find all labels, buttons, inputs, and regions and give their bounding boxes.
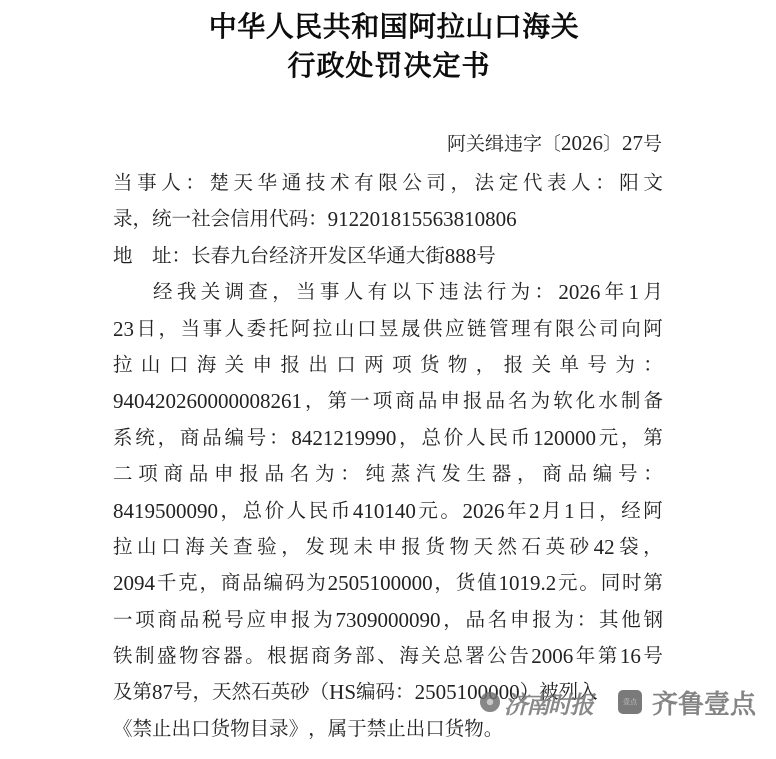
- doc-number-suffix: 号: [643, 133, 662, 155]
- body-line: 2094千克，商品编码为2505100000，货值1019.2元。同时第: [113, 565, 663, 601]
- doc-number-prefix: 阿关缉违字〔: [447, 133, 561, 155]
- body-line: 录，统一社会信用代码：912201815563810806: [113, 201, 663, 237]
- body-line: 二项商品申报品名为：纯蒸汽发生器，商品编号：: [113, 456, 663, 492]
- body-line: 系统，商品编号：8421219990，总价人民币120000元，第: [113, 420, 663, 456]
- body-line: 地 址：长春九台经济开发区华通大街888号: [113, 238, 663, 274]
- doc-number-no: 27: [622, 131, 643, 155]
- doc-number-year: 2026: [561, 131, 603, 155]
- page-title-line-1: 中华人民共和国阿拉山口海关: [0, 8, 776, 46]
- document-body: 当事人：楚天华通技术有限公司，法定代表人：阳文 录，统一社会信用代码：91220…: [113, 165, 663, 747]
- page-title-line-2: 行政处罚决定书: [0, 47, 776, 85]
- body-line: 及第87号，天然石英砂（HS编码：2505100000）被列入: [113, 674, 663, 710]
- body-line: 8419500090，总价人民币410140元。2026年2月1日，经阿: [113, 493, 663, 529]
- body-line: 经我关调查，当事人有以下违法行为：2026年1月: [113, 274, 663, 310]
- body-line: 940420260000008261，第一项商品申报品名为软化水制备: [113, 383, 663, 419]
- body-line: 拉山口海关申报出口两项货物，报关单号为：: [113, 347, 663, 383]
- doc-number-mid: 〕: [603, 133, 622, 155]
- body-line: 23日，当事人委托阿拉山口昱晟供应链管理有限公司向阿: [113, 311, 663, 347]
- watermark-brand: 齐鲁壹点: [652, 684, 756, 721]
- body-line: 拉山口海关查验，发现未申报货物天然石英砂42袋，: [113, 529, 663, 565]
- body-line: 当事人：楚天华通技术有限公司，法定代表人：阳文: [113, 165, 663, 201]
- body-line: 铁制盛物容器。根据商务部、海关总署公告2006年第16号: [113, 638, 663, 674]
- document-number: 阿关缉违字〔2026〕27号: [447, 130, 662, 157]
- body-line: 《禁止出口货物目录》，属于禁止出口货物。: [113, 711, 663, 747]
- body-line: 一项商品税号应申报为7309000090，品名申报为：其他钢: [113, 602, 663, 638]
